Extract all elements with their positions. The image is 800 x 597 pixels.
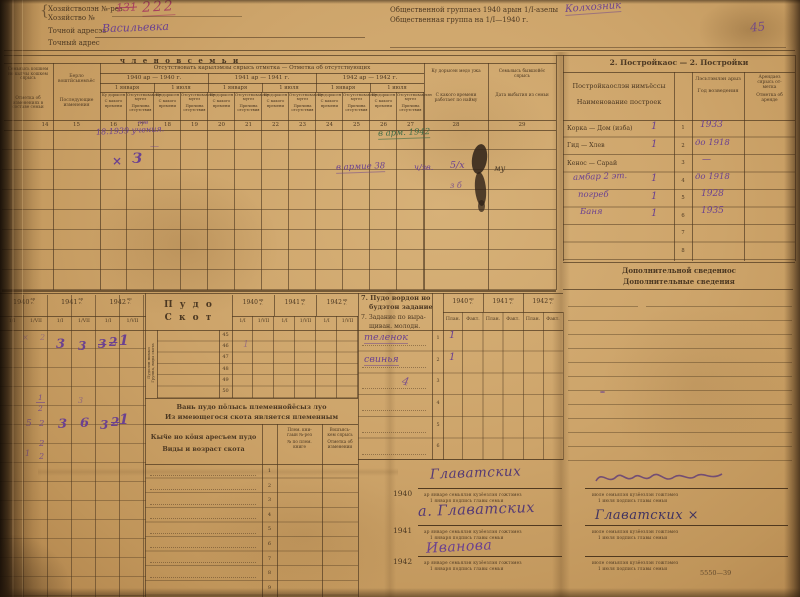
row-num: 2 bbox=[433, 358, 443, 363]
signature-year: 1942 bbox=[393, 557, 412, 566]
write-line bbox=[362, 388, 426, 389]
year-header-1942: 1942 ар — 1942 г. bbox=[316, 75, 424, 81]
row-num: 49 bbox=[219, 377, 232, 383]
row-num: 50 bbox=[219, 388, 232, 394]
section7-title-udmurt-1: 7. Пудо вордон но bbox=[361, 294, 430, 302]
write-line bbox=[362, 367, 426, 368]
hw-value: 1 bbox=[449, 352, 455, 363]
row-num: 5 bbox=[263, 526, 276, 532]
stain bbox=[600, 300, 790, 470]
right-edge-shadow bbox=[784, 0, 800, 597]
row-num: 46 bbox=[219, 343, 232, 349]
v-line bbox=[208, 73, 209, 92]
v-line bbox=[53, 63, 54, 290]
social-group-label-udmurt: Общественной группаез 1940 арын 1/I-азел… bbox=[390, 6, 558, 14]
building-num: 5 bbox=[674, 195, 692, 201]
signature-caption: ар январе семьялэн кузёезлэн гожтэмез bbox=[424, 492, 522, 497]
write-line bbox=[362, 345, 426, 346]
corner-shadow bbox=[0, 535, 70, 597]
row-num: 1 bbox=[433, 336, 443, 341]
livestock-title-udmurt: П у д о bbox=[150, 300, 228, 310]
book-spine-shadow bbox=[0, 0, 42, 597]
farm-number-label-udmurt: Хозяйстволэн №-рез bbox=[48, 5, 123, 13]
write-line bbox=[150, 518, 256, 519]
address-label-udmurt: Точной адресэз bbox=[48, 27, 106, 35]
year: 1942 bbox=[532, 298, 548, 306]
year-header-1940: 1940 ар — 1940 г. bbox=[100, 75, 208, 81]
signature-caption: июле семьялэн кузёезлэн гожтэмез bbox=[592, 529, 678, 534]
ruled-line bbox=[568, 376, 792, 377]
ruled-line bbox=[568, 418, 792, 419]
section7-year: 1942ар г. bbox=[523, 298, 563, 306]
building-count: 1 bbox=[651, 121, 657, 132]
line bbox=[100, 73, 424, 74]
signature-line bbox=[418, 556, 562, 557]
hw-entry: 5/х bbox=[450, 160, 465, 171]
signature-year: 1941 bbox=[393, 526, 412, 535]
row-num: 45 bbox=[219, 332, 232, 338]
signature-line bbox=[585, 488, 788, 489]
address-line bbox=[95, 37, 365, 38]
v-line bbox=[154, 83, 155, 92]
v-line bbox=[523, 293, 524, 312]
hw-count: 1 bbox=[119, 412, 129, 428]
year-suffix: ар г. bbox=[509, 298, 513, 306]
write-line bbox=[150, 475, 256, 476]
building-num: 1 bbox=[674, 125, 692, 131]
write-line bbox=[362, 454, 426, 455]
building-year: 1928 bbox=[701, 189, 724, 199]
livestock-year: 1942ар г. bbox=[316, 299, 358, 307]
hw-entry: — bbox=[150, 142, 159, 152]
row-num: 8 bbox=[263, 570, 276, 576]
signature-1942-january: Иванова bbox=[426, 537, 493, 556]
year-suffix: ар г. bbox=[469, 298, 473, 306]
hw-count: 3 bbox=[98, 337, 106, 351]
row-num: 6 bbox=[263, 541, 276, 547]
hw-animal: свинья bbox=[364, 354, 399, 366]
section7-row-overlay bbox=[358, 330, 563, 460]
v-line bbox=[316, 295, 317, 316]
write-line bbox=[150, 562, 256, 563]
month-header: 1 января bbox=[100, 85, 154, 91]
building-num: 4 bbox=[674, 178, 692, 184]
building-year: до 1918 bbox=[695, 138, 730, 148]
year: 1941 bbox=[61, 298, 78, 306]
colA-line: гаын №-рез bbox=[278, 433, 321, 438]
hw-entry-green: в арм. 1942 bbox=[378, 127, 431, 140]
row-num: 1 bbox=[263, 468, 276, 474]
v-line bbox=[157, 330, 158, 398]
social-group-label-russian: Общественная группа на 1/I—1940 г. bbox=[390, 16, 528, 24]
v-line bbox=[488, 63, 489, 290]
section7-year: 1941ар г. bbox=[483, 298, 523, 306]
month-header: 1 июля bbox=[370, 85, 424, 91]
signature-1941-january: а. Главатских bbox=[418, 500, 535, 520]
ruled-line bbox=[568, 460, 792, 461]
building-count: 1 bbox=[651, 191, 657, 202]
v-line bbox=[100, 63, 101, 290]
ruled-line bbox=[568, 404, 792, 405]
line bbox=[563, 72, 795, 73]
types-title-udmurt: Кыӵе но кӧня аресъем пудо bbox=[147, 433, 260, 441]
hw-count: 2 bbox=[109, 335, 117, 349]
write-line bbox=[150, 547, 256, 548]
hw-mark: 3 bbox=[78, 396, 83, 405]
leftgrid-year: 1941ар г. bbox=[48, 298, 96, 306]
ruled-line bbox=[568, 348, 792, 349]
signature-line bbox=[418, 525, 562, 526]
absence-header: Отсутствовать карылэмзы сярысь отметка —… bbox=[100, 65, 424, 71]
row-num: 48 bbox=[219, 366, 232, 372]
subcol-label: 1/I bbox=[48, 319, 72, 324]
ink-speck bbox=[600, 391, 605, 393]
livestock-side-label: Пудолэн нимыз Группа, виды скота bbox=[147, 330, 156, 396]
building-name: Корка — Дом (изба) bbox=[567, 125, 632, 132]
year: 1941 bbox=[285, 299, 300, 307]
line bbox=[563, 289, 793, 290]
col15-header-russian: Последующие изменения bbox=[55, 98, 98, 108]
signature-caption: июле семьялэн кузёезлэн гожтэмез bbox=[592, 560, 678, 565]
line bbox=[145, 424, 358, 425]
signature-caption: ар январе семьялэн кузёезлэн гожтэмез bbox=[424, 560, 522, 565]
side-rus: Группа, виды скота bbox=[151, 330, 155, 396]
signature-caption: ар январе семьялэн кузёезлэн гожтэмез bbox=[424, 529, 522, 534]
row-num: 4 bbox=[433, 401, 443, 406]
hw-entry: ч/зв. bbox=[414, 163, 433, 172]
livestock-row-overlay bbox=[157, 330, 358, 398]
row-num: 3 bbox=[263, 497, 276, 503]
signature-line bbox=[585, 525, 788, 526]
write-line bbox=[150, 577, 256, 578]
col-num: 28 bbox=[424, 122, 488, 128]
dotted-line bbox=[112, 16, 242, 17]
types-title-russian: Виды и возраст скота bbox=[147, 445, 260, 453]
buildings-year-header: Лэсьтэмлэн арыз Год возведения bbox=[693, 77, 743, 94]
building-num: 7 bbox=[674, 230, 692, 236]
write-line bbox=[150, 504, 256, 505]
building-name-hw: Баня bbox=[580, 207, 603, 217]
month-header: 1 января bbox=[316, 85, 370, 91]
building-num: 8 bbox=[674, 248, 692, 254]
building-count: 1 bbox=[651, 173, 657, 184]
section7-title-russian-2: щиван. молодн. bbox=[369, 323, 420, 330]
signature-1941-july: Главатских × bbox=[595, 508, 699, 523]
year: 1941 bbox=[492, 298, 508, 306]
hw-entry: З bbox=[132, 151, 142, 167]
section7-title-udmurt-2: будэтон задание bbox=[369, 303, 433, 311]
print-code: 5550—39 bbox=[700, 569, 731, 577]
livestock-year: 1940ар г. bbox=[232, 299, 274, 307]
signature-caption: 1 июля подпись главы семьи bbox=[598, 535, 667, 540]
bottom-edge-shadow bbox=[0, 588, 800, 597]
v-line bbox=[322, 424, 323, 597]
ruled-line bbox=[646, 306, 792, 307]
ruled-line bbox=[568, 432, 792, 433]
month-header: 1 июля bbox=[154, 85, 208, 91]
building-year: до 1918 bbox=[695, 172, 730, 182]
year: 1940 bbox=[452, 298, 468, 306]
row-num: 47 bbox=[219, 354, 232, 360]
hw-count: 3 bbox=[58, 417, 67, 432]
col29-header-udmurt: Семьяысь бывшойёс сярысь bbox=[491, 70, 553, 80]
row-num: 7 bbox=[263, 556, 276, 562]
signature-caption: 1 июля подпись главы семьи bbox=[598, 566, 667, 571]
hw-count: 1 bbox=[119, 333, 129, 349]
page-number: 45 bbox=[749, 19, 766, 35]
signature-caption: 1 января подпись главы семьи bbox=[430, 566, 504, 571]
top-edge-shadow bbox=[0, 0, 800, 4]
additional-title-udmurt: Дополнительной сведениос bbox=[563, 266, 795, 275]
hw-count: 6 bbox=[80, 416, 89, 431]
v-line bbox=[556, 55, 557, 290]
year: 1942 bbox=[110, 298, 127, 306]
year-suffix: ар г. bbox=[127, 298, 131, 306]
v-line bbox=[483, 293, 484, 312]
v-line bbox=[262, 83, 263, 92]
year-suffix: ар г. bbox=[549, 298, 553, 306]
colB-line: изменении bbox=[323, 445, 357, 450]
ruled-line bbox=[568, 362, 792, 363]
line-double bbox=[563, 262, 795, 263]
leftgrid-year: 1942ар г. bbox=[96, 298, 145, 306]
v-line bbox=[692, 72, 693, 261]
year: 1940 bbox=[243, 299, 258, 307]
signature-line bbox=[585, 556, 788, 557]
year-hdr-udm: Лэсьтэмлэн арыз bbox=[693, 77, 743, 83]
hw-value: 1 bbox=[449, 330, 455, 341]
building-count: 1 bbox=[651, 208, 657, 219]
year-hdr-rus: Год возведения bbox=[693, 89, 743, 95]
col15-header-udmurt: Берло воштӥськемъёс bbox=[55, 74, 98, 84]
hw-entry: з б bbox=[450, 181, 462, 190]
v-line bbox=[443, 293, 444, 460]
breeding-note-udmurt: Вань пудо пӧлысь племеннойёсыз луо bbox=[145, 403, 358, 411]
page-edge-line bbox=[12, 0, 14, 597]
header-rule bbox=[4, 50, 795, 51]
building-year: 1933 bbox=[700, 120, 723, 130]
row-num: 2 bbox=[263, 483, 276, 489]
ruled-line bbox=[568, 306, 638, 307]
year: 1942 bbox=[327, 299, 342, 307]
building-name: Гид — Хлев bbox=[567, 142, 605, 149]
additional-title-russian: Дополнительные сведения bbox=[563, 277, 795, 286]
signature-caption: июле семьялэн кузёезлэн гожтэмез bbox=[592, 492, 678, 497]
v-line bbox=[563, 55, 564, 261]
types-colB-header: Вошъясь- кем сярысь Отметка об изменении bbox=[323, 428, 357, 450]
year-suffix: ар г. bbox=[301, 299, 305, 307]
table-bottom bbox=[2, 290, 556, 292]
write-line bbox=[150, 533, 256, 534]
signature-caption: 1 июля подпись главы семьи bbox=[598, 498, 667, 503]
signature-1940-january: Главатских bbox=[430, 463, 522, 482]
livestock-title-russian: С к о т bbox=[150, 313, 228, 323]
v-line bbox=[277, 424, 278, 597]
ruled-line bbox=[568, 446, 792, 447]
hw-animal: теленок bbox=[364, 332, 408, 344]
livestock-year: 1941ар г. bbox=[274, 299, 316, 307]
year-suffix: ар г. bbox=[343, 299, 347, 307]
building-num: 2 bbox=[674, 143, 692, 149]
buildings-name-header-russian: Наименование построек bbox=[566, 98, 672, 106]
building-year: — bbox=[702, 155, 711, 165]
v-line bbox=[316, 73, 317, 92]
col-num: 29 bbox=[488, 122, 556, 128]
write-line bbox=[150, 489, 256, 490]
building-name: Кенос — Сарай bbox=[567, 160, 617, 167]
farm-number-label-russian: Хозяйство № bbox=[48, 14, 95, 22]
col29-header-russian: Дата выбытия из семьи bbox=[491, 94, 553, 99]
hw-count: 3 bbox=[56, 337, 65, 352]
col28-header-russian: С какого времени работает по найму bbox=[427, 94, 485, 104]
subcol-label: 1/VII bbox=[72, 319, 96, 324]
month-header: 1 июля bbox=[262, 85, 316, 91]
address-value: Васильевка bbox=[102, 20, 169, 35]
write-line bbox=[362, 410, 426, 411]
buildings-name-header-udmurt: Постройкаослэн нимъёссы bbox=[566, 82, 672, 90]
hw-faint: 1 bbox=[243, 340, 249, 350]
buildings-title: 2. Постройкаос — 2. Постройки bbox=[563, 58, 795, 67]
v-line bbox=[274, 295, 275, 316]
row-num: 3 bbox=[433, 379, 443, 384]
v-line bbox=[370, 83, 371, 92]
hw-entry-dark: му bbox=[494, 164, 505, 173]
scanned-ledger-page: { Хозяйстволэн №-рез Хозяйство № 131 222… bbox=[0, 0, 800, 597]
year-header-1941: 1941 ар — 1941 г. bbox=[208, 75, 316, 81]
ruled-line bbox=[568, 320, 792, 321]
section7-year: 1940ар г. bbox=[443, 298, 483, 306]
page-edge-line bbox=[22, 0, 23, 597]
breeding-note-russian: Из имеющегося скота является племенным bbox=[145, 413, 358, 421]
signature-year: 1940 bbox=[393, 489, 412, 498]
address-label-russian: Точный адрес bbox=[48, 39, 100, 47]
hw-entry: нов bbox=[138, 120, 148, 126]
header-blank-line bbox=[390, 47, 786, 48]
line bbox=[145, 398, 358, 399]
year-suffix: ар г. bbox=[79, 298, 83, 306]
row-num: 4 bbox=[263, 512, 276, 518]
v-line bbox=[432, 293, 433, 460]
signature-line bbox=[418, 488, 562, 489]
hw-count: 3 bbox=[100, 418, 108, 432]
row-num: 5 bbox=[433, 423, 443, 428]
subcol-label: 1/VII bbox=[120, 319, 145, 324]
col28-header-udmurt: Ку дорысен медо ужа bbox=[427, 70, 485, 75]
section7-title-russian-1: 7. Задание по выра- bbox=[361, 314, 426, 321]
year-suffix: ар г. bbox=[259, 299, 263, 307]
colA-line: книге bbox=[278, 445, 321, 450]
write-line bbox=[362, 432, 426, 433]
hw-entry: в армие 38 bbox=[336, 161, 386, 174]
ink-blot bbox=[478, 200, 485, 212]
building-num: 3 bbox=[674, 160, 692, 166]
v-line bbox=[744, 72, 745, 261]
signature-scribble-1940-july bbox=[593, 466, 728, 490]
types-colA-header: Плем. кни- гаын №-рез № по плем. книге bbox=[278, 428, 321, 450]
subcol-label: 1/I bbox=[96, 319, 120, 324]
building-name-hw: погреб bbox=[578, 190, 609, 200]
v-line bbox=[424, 63, 425, 290]
building-count: 1 bbox=[651, 139, 657, 150]
building-num: 6 bbox=[674, 213, 692, 219]
month-header: 1 января bbox=[208, 85, 262, 91]
colB-line: кем сярысь bbox=[323, 433, 357, 438]
ruled-line bbox=[568, 334, 792, 335]
building-name-hw: амбар 2 эт. bbox=[573, 171, 627, 183]
building-year: 1935 bbox=[701, 206, 724, 216]
hw-entry: × bbox=[112, 154, 122, 168]
line bbox=[358, 459, 563, 460]
hw-count: 3 bbox=[78, 339, 86, 353]
row-num: 6 bbox=[433, 444, 443, 449]
col-num: 15 bbox=[53, 122, 100, 128]
